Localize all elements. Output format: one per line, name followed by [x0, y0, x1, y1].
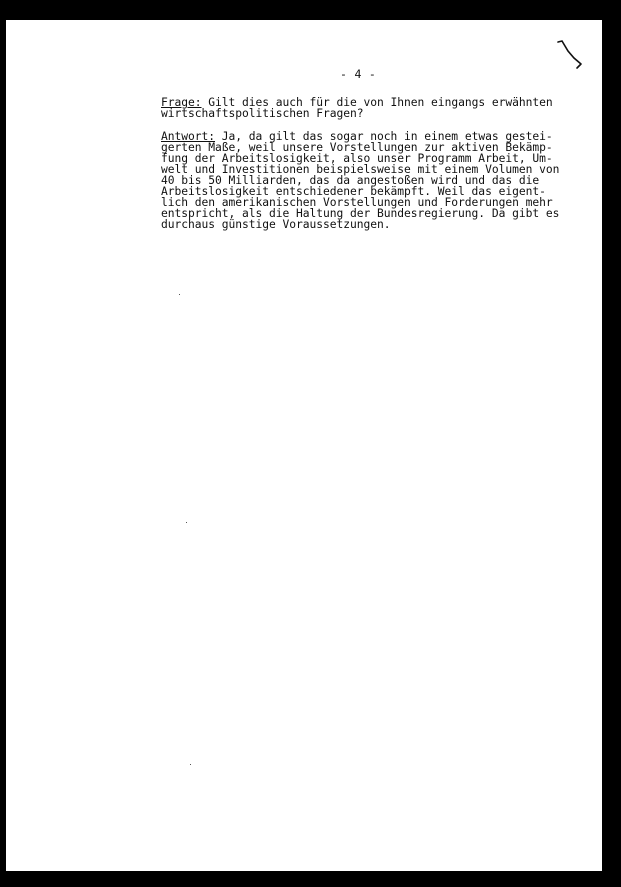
- scan-speck: [186, 522, 187, 523]
- scan-speck: [190, 764, 191, 765]
- scan-speck: [179, 294, 180, 295]
- question-line: wirtschaftspolitischen Fragen?: [161, 107, 364, 120]
- answer-block: Antwort: Ja, da gilt das sogar noch in e…: [161, 131, 559, 230]
- handwritten-arrow-mark-icon: [556, 38, 586, 70]
- question-block: Frage: Gilt dies auch für die von Ihnen …: [161, 97, 553, 119]
- answer-line: durchaus günstige Voraussetzungen.: [161, 218, 391, 231]
- page-number: - 4 -: [340, 67, 376, 81]
